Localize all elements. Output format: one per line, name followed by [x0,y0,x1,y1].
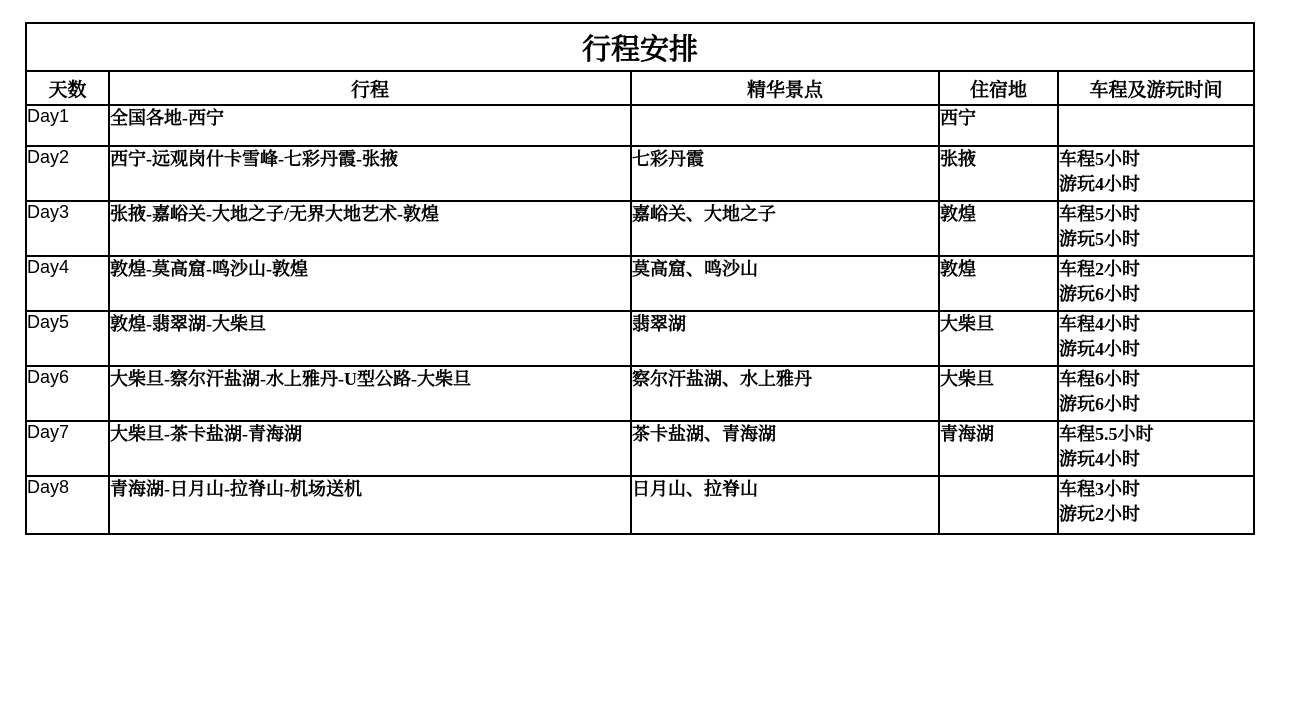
stay-cell: 敦煌 [939,201,1058,256]
itinerary-sheet: 行程安排 天数 行程 精华景点 住宿地 车程及游玩时间 Day1全国各地-西宁西… [25,22,1253,535]
itinerary-table: 行程安排 天数 行程 精华景点 住宿地 车程及游玩时间 Day1全国各地-西宁西… [25,22,1255,535]
page-title: 行程安排 [26,23,1254,71]
table-row: Day2西宁-远观岗什卡雪峰-七彩丹霞-张掖七彩丹霞张掖车程5小时游玩4小时 [26,146,1254,201]
route-cell: 全国各地-西宁 [109,105,631,146]
highlights-cell: 察尔汗盐湖、水上雅丹 [631,366,939,421]
column-header-route: 行程 [109,71,631,105]
route-cell: 敦煌-翡翠湖-大柴旦 [109,311,631,366]
table-row: Day8青海湖-日月山-拉脊山-机场送机日月山、拉脊山车程3小时游玩2小时 [26,476,1254,534]
table-row: Day5敦煌-翡翠湖-大柴旦翡翠湖大柴旦车程4小时游玩4小时 [26,311,1254,366]
play-time: 游玩5小时 [1059,227,1253,252]
drive-time: 车程5.5小时 [1059,422,1253,447]
time-cell: 车程3小时游玩2小时 [1058,476,1254,534]
day-cell: Day2 [26,146,109,201]
highlights-cell: 嘉峪关、大地之子 [631,201,939,256]
day-cell: Day6 [26,366,109,421]
stay-cell: 青海湖 [939,421,1058,476]
time-cell [1058,105,1254,146]
header-row: 天数 行程 精华景点 住宿地 车程及游玩时间 [26,71,1254,105]
column-header-time: 车程及游玩时间 [1058,71,1254,105]
stay-cell: 敦煌 [939,256,1058,311]
play-time: 游玩4小时 [1059,172,1253,197]
day-cell: Day8 [26,476,109,534]
drive-time: 车程6小时 [1059,367,1253,392]
time-cell: 车程6小时游玩6小时 [1058,366,1254,421]
day-cell: Day4 [26,256,109,311]
drive-time: 车程4小时 [1059,312,1253,337]
table-row: Day6大柴旦-察尔汗盐湖-水上雅丹-U型公路-大柴旦察尔汗盐湖、水上雅丹大柴旦… [26,366,1254,421]
time-cell: 车程5小时游玩5小时 [1058,201,1254,256]
highlights-cell: 茶卡盐湖、青海湖 [631,421,939,476]
itinerary-body: Day1全国各地-西宁西宁Day2西宁-远观岗什卡雪峰-七彩丹霞-张掖七彩丹霞张… [26,105,1254,534]
route-cell: 敦煌-莫高窟-鸣沙山-敦煌 [109,256,631,311]
column-header-day: 天数 [26,71,109,105]
stay-cell [939,476,1058,534]
play-time: 游玩2小时 [1059,502,1253,527]
drive-time: 车程3小时 [1059,477,1253,502]
title-row: 行程安排 [26,23,1254,71]
day-cell: Day7 [26,421,109,476]
highlights-cell: 日月山、拉脊山 [631,476,939,534]
time-cell: 车程2小时游玩6小时 [1058,256,1254,311]
drive-time: 车程5小时 [1059,202,1253,227]
table-row: Day3张掖-嘉峪关-大地之子/无界大地艺术-敦煌嘉峪关、大地之子敦煌车程5小时… [26,201,1254,256]
table-row: Day1全国各地-西宁西宁 [26,105,1254,146]
stay-cell: 张掖 [939,146,1058,201]
time-cell: 车程4小时游玩4小时 [1058,311,1254,366]
route-cell: 西宁-远观岗什卡雪峰-七彩丹霞-张掖 [109,146,631,201]
time-cell: 车程5小时游玩4小时 [1058,146,1254,201]
highlights-cell: 莫高窟、鸣沙山 [631,256,939,311]
column-header-stay: 住宿地 [939,71,1058,105]
stay-cell: 大柴旦 [939,311,1058,366]
table-row: Day7大柴旦-茶卡盐湖-青海湖茶卡盐湖、青海湖青海湖车程5.5小时游玩4小时 [26,421,1254,476]
highlights-cell [631,105,939,146]
day-cell: Day5 [26,311,109,366]
table-row: Day4敦煌-莫高窟-鸣沙山-敦煌莫高窟、鸣沙山敦煌车程2小时游玩6小时 [26,256,1254,311]
stay-cell: 西宁 [939,105,1058,146]
highlights-cell: 翡翠湖 [631,311,939,366]
stay-cell: 大柴旦 [939,366,1058,421]
day-cell: Day1 [26,105,109,146]
route-cell: 大柴旦-茶卡盐湖-青海湖 [109,421,631,476]
play-time: 游玩4小时 [1059,447,1253,472]
drive-time: 车程2小时 [1059,257,1253,282]
play-time: 游玩4小时 [1059,337,1253,362]
highlights-cell: 七彩丹霞 [631,146,939,201]
route-cell: 张掖-嘉峪关-大地之子/无界大地艺术-敦煌 [109,201,631,256]
route-cell: 青海湖-日月山-拉脊山-机场送机 [109,476,631,534]
drive-time: 车程5小时 [1059,147,1253,172]
play-time: 游玩6小时 [1059,392,1253,417]
day-cell: Day3 [26,201,109,256]
play-time: 游玩6小时 [1059,282,1253,307]
time-cell: 车程5.5小时游玩4小时 [1058,421,1254,476]
route-cell: 大柴旦-察尔汗盐湖-水上雅丹-U型公路-大柴旦 [109,366,631,421]
column-header-highlights: 精华景点 [631,71,939,105]
